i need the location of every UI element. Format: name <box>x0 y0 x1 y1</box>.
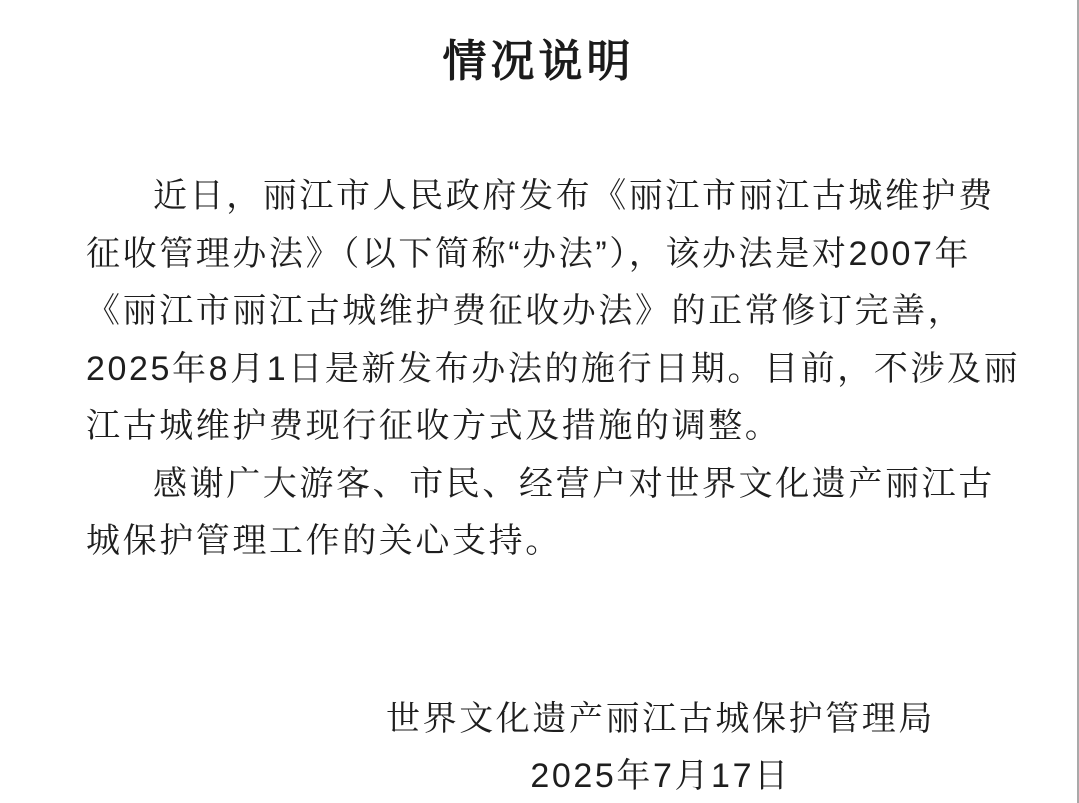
signature-inner: 世界文化遗产丽江古城保护管理局 2025年7月17日 <box>386 691 935 803</box>
signature-date: 2025年7月17日 <box>386 748 935 803</box>
document-body: 近日，丽江市人民政府发布《丽江市丽江古城维护费 征收管理办法》（以下简称“办法”… <box>0 168 1077 571</box>
paragraph1-line-1: 近日，丽江市人民政府发布《丽江市丽江古城维护费 <box>86 168 977 226</box>
signature-organization: 世界文化遗产丽江古城保护管理局 <box>386 691 935 748</box>
paragraph1-line-4: 2025年8月1日是新发布办法的施行日期。目前，不涉及丽 <box>86 341 977 399</box>
paragraph1-line-2: 征收管理办法》（以下简称“办法”），该办法是对2007年 <box>86 226 977 284</box>
paragraph2-line-1: 感谢广大游客、市民、经营户对世界文化遗产丽江古 <box>86 456 977 514</box>
signature-block: 世界文化遗产丽江古城保护管理局 2025年7月17日 <box>0 691 1077 803</box>
paragraph1-line-3: 《丽江市丽江古城维护费征收办法》的正常修订完善， <box>86 283 977 341</box>
document-title: 情况说明 <box>0 0 1077 90</box>
document-page: 情况说明 近日，丽江市人民政府发布《丽江市丽江古城维护费 征收管理办法》（以下简… <box>0 0 1079 803</box>
paragraph2-line-2: 城保护管理工作的关心支持。 <box>86 513 977 571</box>
paragraph1-line-5: 江古城维护费现行征收方式及措施的调整。 <box>86 398 977 456</box>
